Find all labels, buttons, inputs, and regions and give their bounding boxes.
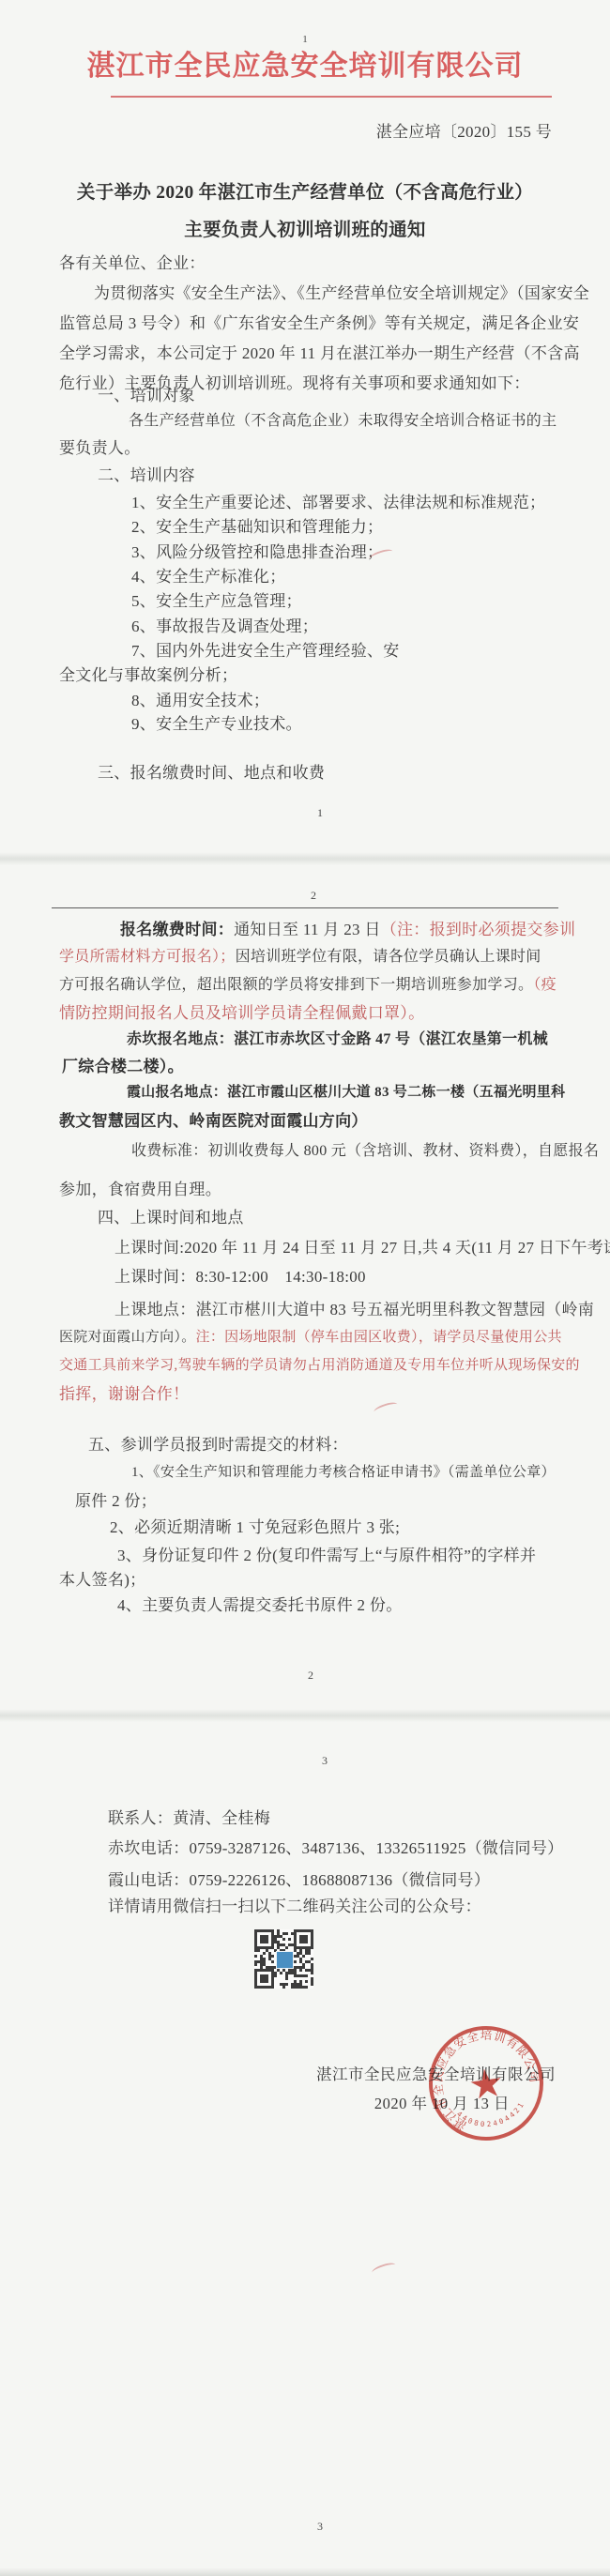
training-item: 全文化与事故案例分析； bbox=[59, 666, 237, 685]
xiashan-address-line: 教文智慧园区内、岭南医院对面霞山方向） bbox=[59, 1112, 368, 1131]
registration-time-value: 通知日至 11 月 23 日 bbox=[234, 921, 381, 938]
fee-line: 参加，食宿费用自理。 bbox=[59, 1181, 221, 1199]
intro-para-line: 为贯彻落实《安全生产法》、《生产经营单位安全培训规定》（国家安全 bbox=[94, 284, 589, 303]
registration-note-line: 方可报名确认学位，超出限额的学员将安排到下一期培训班参加学习。（疫 bbox=[59, 977, 557, 994]
letterhead-divider-line bbox=[111, 96, 552, 98]
company-seal: 湛江市全民应急安全培训有限公司 ★ 4408024044218 bbox=[424, 2021, 548, 2145]
salutation: 各有关单位、企业： bbox=[59, 254, 206, 273]
section1-line: 要负责人。 bbox=[59, 439, 141, 458]
covid-mask-note: 情防控期间报名人员及培训学员请全程佩戴口罩）。 bbox=[59, 1004, 424, 1023]
wechat-qr-code bbox=[254, 1929, 313, 1989]
training-item: 1、安全生产重要论述、部署要求、法律法规和标准规范； bbox=[131, 494, 545, 512]
class-hours-line: 上课时间：8:30-12:00 14:30-18:00 bbox=[114, 1268, 366, 1287]
material-item: 原件 2 份； bbox=[75, 1492, 157, 1511]
scan-bottom-edge bbox=[0, 2568, 610, 2576]
training-item: 6、事故报告及调查处理； bbox=[131, 617, 318, 636]
qr-caption-line: 详情请用微信扫一扫以下二维码关注公司的公众号： bbox=[108, 1898, 481, 1916]
training-item: 4、安全生产标准化； bbox=[131, 568, 286, 587]
chikan-address-line: 厂综合楼二楼）。 bbox=[62, 1058, 184, 1076]
class-date-line: 上课时间:2020 年 11 月 24 日至 11 月 27 日,共 4 天(1… bbox=[114, 1239, 610, 1258]
registration-time-label: 报名缴费时间： bbox=[120, 921, 234, 938]
training-item: 8、通用安全技术； bbox=[131, 692, 269, 710]
training-item: 9、安全生产专业技术。 bbox=[131, 715, 302, 734]
training-item: 3、风险分级管控和隐患排查治理； bbox=[131, 543, 383, 562]
registration-note-red: 学员所需材料方可报名）； bbox=[59, 949, 236, 965]
seal-star-icon: ★ bbox=[465, 2062, 507, 2110]
page1-footer-number: 1 bbox=[317, 807, 323, 820]
page2-header-rule bbox=[52, 907, 558, 908]
registration-note-line: 学员所需材料方可报名）；因培训班学位有限，请各位学员确认上课时间 bbox=[59, 949, 541, 966]
material-item: 本人签名)； bbox=[59, 1571, 145, 1590]
xiashan-phone-line: 霞山电话：0759-2226126、18688087136（微信同号） bbox=[108, 1871, 490, 1890]
venue-line: 医院对面霞山方向）。注：因场地限制（停车由园区收费），请学员尽量使用公共 bbox=[59, 1330, 562, 1346]
stamp-bleed-mark bbox=[371, 2261, 397, 2277]
section2-heading: 二、培训内容 bbox=[98, 466, 195, 485]
parking-note-line: 指挥，谢谢合作！ bbox=[59, 1385, 189, 1404]
scanned-notice-document: 1 湛江市全民应急安全培训有限公司 湛全应培〔2020〕155 号 关于举办 2… bbox=[0, 0, 610, 2576]
material-item: 4、主要负责人需提交委托书原件 2 份。 bbox=[117, 1596, 403, 1615]
page-separator bbox=[0, 852, 610, 865]
section1-line: 各生产经营单位（不含高危企业）未取得安全培训合格证书的主 bbox=[129, 413, 557, 430]
page3-header-marker: 3 bbox=[322, 1755, 328, 1768]
document-number: 湛全应培〔2020〕155 号 bbox=[376, 123, 552, 142]
venue-line: 上课地点：湛江市椹川大道中 83 号五福光明里科教文智慧园（岭南 bbox=[114, 1301, 594, 1319]
training-item: 2、安全生产基础知识和管理能力； bbox=[131, 518, 383, 537]
registration-note-black: 方可报名确认学位，超出限额的学员将安排到下一期培训班参加学习。 bbox=[59, 977, 533, 993]
page-separator bbox=[0, 1709, 610, 1722]
contact-person-line: 联系人：黄清、全桂梅 bbox=[108, 1809, 270, 1828]
parking-note-line: 交通工具前来学习,驾驶车辆的学员请勿占用消防通道及专用车位并听从现场保安的 bbox=[59, 1358, 580, 1374]
qr-center-logo bbox=[276, 1951, 294, 1969]
stamp-bleed-mark bbox=[373, 1400, 399, 1416]
intro-para-line: 监管总局 3 号令）和《广东省安全生产条例》等有关规定，满足各企业安 bbox=[59, 314, 579, 333]
notice-title-line2: 主要负责人初训培训班的通知 bbox=[0, 221, 610, 241]
notice-title-line1: 关于举办 2020 年湛江市生产经营单位（不含高危行业） bbox=[0, 183, 610, 204]
intro-para-line: 全学习需求，本公司定于 2020 年 11 月在湛江举办一期生产经营（不含高 bbox=[59, 344, 580, 363]
fee-line: 收费标准：初训收费每人 800 元（含培训、教材、资料费），自愿报名 bbox=[131, 1143, 599, 1160]
chikan-address-line: 赤坎报名地点：湛江市赤坎区寸金路 47 号（湛江农垦第一机械 bbox=[127, 1031, 548, 1048]
registration-note-red: （疫 bbox=[533, 977, 557, 993]
section5-heading: 五、参训学员报到时需提交的材料： bbox=[88, 1436, 348, 1455]
xiashan-address-line: 霞山报名地点：湛江市霞山区椹川大道 83 号二栋一楼（五福光明里科 bbox=[127, 1085, 565, 1101]
chikan-phone-line: 赤坎电话：0759-3287126、3487136、13326511925（微信… bbox=[108, 1839, 563, 1858]
registration-note-black: 因培训班学位有限，请各位学员确认上课时间 bbox=[236, 949, 541, 965]
page2-footer-number: 2 bbox=[308, 1669, 313, 1683]
section1-heading: 一、培训对象 bbox=[98, 387, 195, 405]
material-item: 3、身份证复印件 2 份(复印件需写上“与原件相符”的字样并 bbox=[117, 1547, 536, 1565]
material-item: 1、《安全生产知识和管理能力考核合格证申请书》（需盖单位公章） bbox=[131, 1465, 556, 1481]
venue-black: 医院对面霞山方向）。 bbox=[59, 1330, 196, 1345]
material-item: 2、必须近期清晰 1 寸免冠彩色照片 3 张; bbox=[110, 1518, 400, 1537]
training-item: 7、国内外先进安全生产管理经验、安 bbox=[131, 642, 400, 661]
section4-heading: 四、上课时间和地点 bbox=[98, 1209, 244, 1227]
company-letterhead-title: 湛江市全民应急安全培训有限公司 bbox=[0, 51, 610, 84]
training-item: 5、安全生产应急管理； bbox=[131, 592, 302, 611]
page1-top-marker: 1 bbox=[0, 34, 610, 46]
section3-heading: 三、报名缴费时间、地点和收费 bbox=[98, 764, 325, 783]
page3-footer-number: 3 bbox=[317, 2521, 323, 2534]
parking-note-red: 注：因场地限制（停车由园区收费），请学员尽量使用公共 bbox=[196, 1330, 562, 1345]
registration-time-line: 报名缴费时间：通知日至 11 月 23 日（注：报到时必须提交参训 bbox=[120, 921, 575, 939]
registration-note-red: （注：报到时必须提交参训 bbox=[381, 921, 576, 938]
page2-header-marker: 2 bbox=[311, 890, 316, 903]
